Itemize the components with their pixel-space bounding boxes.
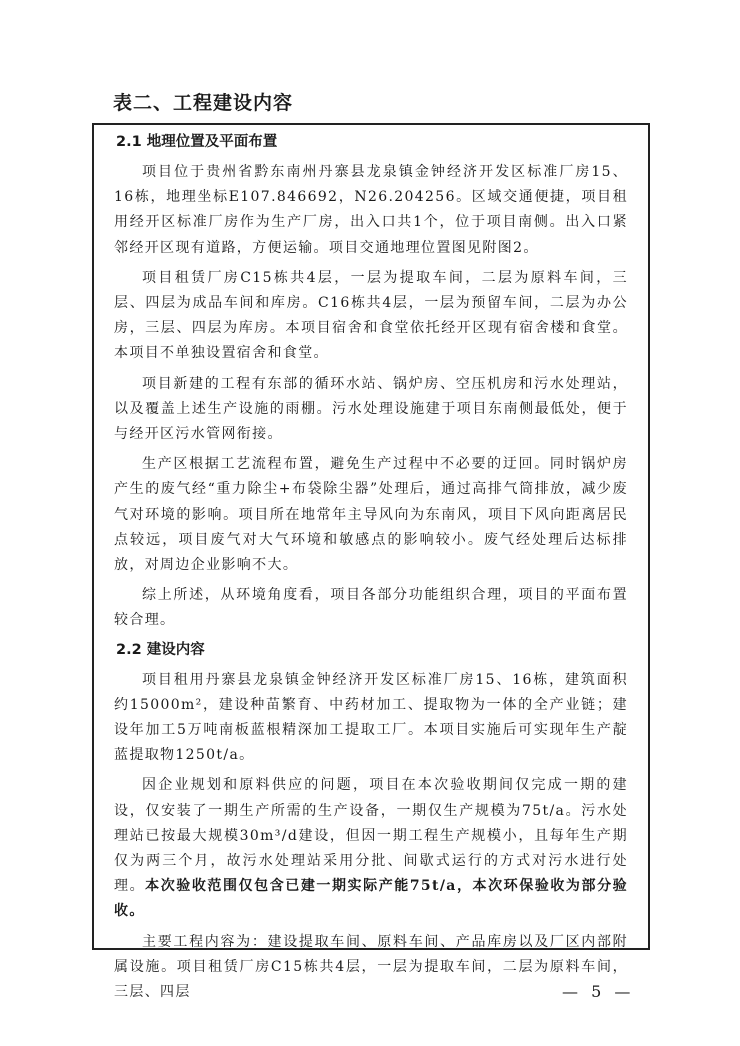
paragraph: 综上所述，从环境角度看，项目各部分功能组织合理，项目的平面布置较合理。 xyxy=(114,583,628,633)
paragraph: 生产区根据工艺流程布置，避免生产过程中不必要的迂回。同时锅炉房产生的废气经“重力… xyxy=(114,452,628,578)
content-inner: 2.1 地理位置及平面布置 项目位于贵州省黔东南州丹寨县龙泉镇金钟经济开发区标准… xyxy=(114,131,628,1010)
paragraph: 项目位于贵州省黔东南州丹寨县龙泉镇金钟经济开发区标准厂房15、16栋，地理坐标E… xyxy=(114,160,628,261)
paragraph-text: 因企业规划和原料供应的问题，项目在本次验收期间仅完成一期的建设，仅安装了一期生产… xyxy=(114,777,628,894)
paragraph: 项目租用丹寨县龙泉镇金钟经济开发区标准厂房15、16栋，建筑面积约15000m²… xyxy=(114,668,628,769)
section-heading-2-1: 2.1 地理位置及平面布置 xyxy=(116,131,628,153)
paragraph-bold-text: 本次验收范围仅包含已建一期实际产能75t/a，本次环保验收为部分验收。 xyxy=(114,878,628,919)
page-title: 表二、工程建设内容 xyxy=(113,88,293,115)
paragraph-mixed: 因企业规划和原料供应的问题，项目在本次验收期间仅完成一期的建设，仅安装了一期生产… xyxy=(114,773,628,924)
page-number: — 5 — xyxy=(562,982,634,1001)
paragraph: 项目租赁厂房C15栋共4层，一层为提取车间，二层为原料车间，三层、四层为成品车间… xyxy=(114,266,628,367)
paragraph: 主要工程内容为：建设提取车间、原料车间、产品库房以及厂区内部附属设施。项目租赁厂… xyxy=(114,930,628,1006)
paragraph: 项目新建的工程有东部的循环水站、锅炉房、空压机房和污水处理站，以及覆盖上述生产设… xyxy=(114,372,628,448)
section-heading-2-2: 2.2 建设内容 xyxy=(116,639,628,661)
content-box: 2.1 地理位置及平面布置 项目位于贵州省黔东南州丹寨县龙泉镇金钟经济开发区标准… xyxy=(92,123,650,950)
